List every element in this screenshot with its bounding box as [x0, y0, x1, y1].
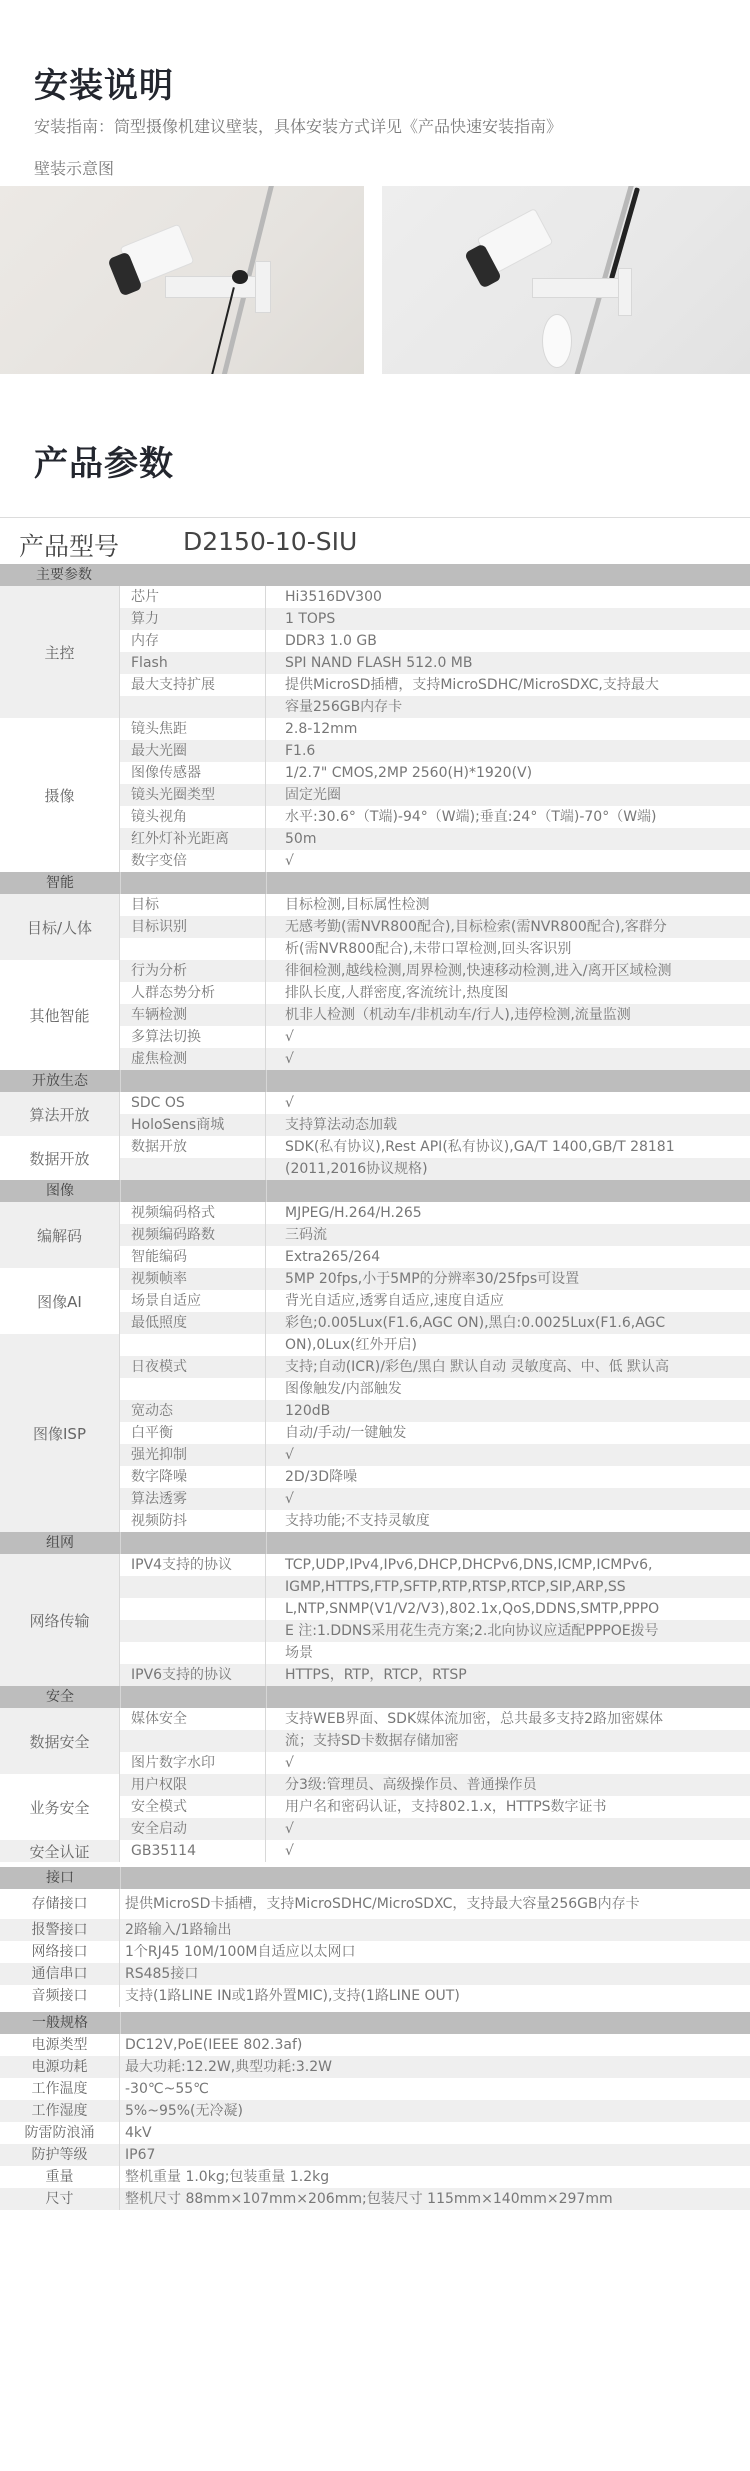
spec-label: 镜头焦距	[120, 718, 266, 740]
spec-group: 图像ISPON),0Lux(红外开启)日夜模式支持;自动(ICR)/彩色/黑白 …	[0, 1334, 750, 1532]
spec-label: IPV4支持的协议	[120, 1554, 266, 1576]
section-header: 组网	[0, 1532, 750, 1554]
column-separator	[120, 1532, 121, 1554]
spec-row: SDC OS√	[120, 1092, 750, 1114]
spec-value: 5MP 20fps,小于5MP的分辨率30/25fps可设置	[266, 1268, 750, 1290]
model-label: 产品型号	[19, 527, 119, 563]
spec-row: 日夜模式支持;自动(ICR)/彩色/黑白 默认自动 灵敏度高、中、低 默认高	[120, 1356, 750, 1378]
spec-value: 三码流	[266, 1224, 750, 1246]
install-photo-left	[0, 186, 364, 374]
spec-row: L,NTP,SNMP(V1/V2/V3),802.1x,QoS,DDNS,SMT…	[120, 1598, 750, 1620]
model-value: D2150-10-SIU	[183, 527, 357, 556]
group-name: 编解码	[0, 1202, 120, 1268]
spec-label	[120, 1378, 266, 1400]
spec-row: E 注:1.DDNS采用花生壳方案;2.北向协议应适配PPPOE拨号	[120, 1620, 750, 1642]
spec-row: IPV6支持的协议HTTPS，RTP，RTCP，RTSP	[120, 1664, 750, 1686]
spec-row: 防护等级IP67	[0, 2144, 750, 2166]
spec-label: 图像传感器	[120, 762, 266, 784]
spec-row: 虚焦检测√	[120, 1048, 750, 1070]
spec-label: 视频编码格式	[120, 1202, 266, 1224]
spec-value: √	[266, 1840, 750, 1862]
spec-row: 工作温度-30℃~55℃	[0, 2078, 750, 2100]
params-title: 产品参数	[34, 436, 174, 485]
spec-group: 目标/人体目标目标检测,目标属性检测目标识别无感考勤(需NVR800配合),目标…	[0, 894, 750, 960]
section-header-label: 安全	[0, 1686, 120, 1708]
camera-mount-arm	[532, 278, 629, 298]
spec-value: 无感考勤(需NVR800配合),目标检索(需NVR800配合),客群分	[266, 916, 750, 938]
spec-label	[120, 938, 266, 960]
spec-row: 宽动态120dB	[120, 1400, 750, 1422]
spec-row: 音频接口支持(1路LINE IN或1路外置MIC),支持(1路LINE OUT)	[0, 1985, 750, 2007]
group-name: 数据安全	[0, 1708, 120, 1774]
spec-value: √	[266, 850, 750, 872]
spec-value: 1 TOPS	[266, 608, 750, 630]
spec-label	[120, 1730, 266, 1752]
spec-label: SDC OS	[120, 1092, 266, 1114]
section-header: 安全	[0, 1686, 750, 1708]
spec-row: 强光抑制√	[120, 1444, 750, 1466]
spec-value: 50m	[266, 828, 750, 850]
spec-value: DC12V,PoE(IEEE 802.3af)	[120, 2034, 750, 2056]
section-header-label: 开放生态	[0, 1070, 120, 1092]
spec-group: 网络传输IPV4支持的协议TCP,UDP,IPv4,IPv6,DHCP,DHCP…	[0, 1554, 750, 1686]
spec-value: 整机重量 1.0kg;包装重量 1.2kg	[120, 2166, 750, 2188]
spec-label: 多算法切换	[120, 1026, 266, 1048]
spec-value: 徘徊检测,越线检测,周界检测,快速移动检测,进入/离开区域检测	[266, 960, 750, 982]
spec-label	[120, 1642, 266, 1664]
spec-row: 图片数字水印√	[120, 1752, 750, 1774]
spec-value: 固定光圈	[266, 784, 750, 806]
spec-group: 算法开放SDC OS√HoloSens商城支持算法动态加载	[0, 1092, 750, 1136]
spec-group: 摄像镜头焦距2.8-12mm最大光圈F1.6图像传感器1/2.7" CMOS,2…	[0, 718, 750, 872]
spec-row: 媒体安全支持WEB界面、SDK媒体流加密，总共最多支持2路加密媒体	[120, 1708, 750, 1730]
spec-label: 数字变倍	[120, 850, 266, 872]
spec-label: 行为分析	[120, 960, 266, 982]
spec-row: 用户权限分3级:管理员、高级操作员、普通操作员	[120, 1774, 750, 1796]
spec-row: 通信串口RS485接口	[0, 1963, 750, 1985]
spec-row: ON),0Lux(红外开启)	[120, 1334, 750, 1356]
group-name: 摄像	[0, 718, 120, 872]
spec-label	[120, 1334, 266, 1356]
spec-label: 芯片	[120, 586, 266, 608]
spec-label: 强光抑制	[120, 1444, 266, 1466]
spec-value: √	[266, 1026, 750, 1048]
spec-value: 提供MicroSD插槽，支持MicroSDHC/MicroSDXC,支持最大	[266, 674, 750, 696]
spec-label: 视频编码路数	[120, 1224, 266, 1246]
section-header-label: 智能	[0, 872, 120, 894]
spec-label: 数字降噪	[120, 1466, 266, 1488]
spec-group: 数据开放数据开放SDK(私有协议),Rest API(私有协议),GA/T 14…	[0, 1136, 750, 1180]
spec-value: 1/2.7" CMOS,2MP 2560(H)*1920(V)	[266, 762, 750, 784]
spec-label: 网络接口	[0, 1941, 120, 1963]
spec-row: 电源功耗最大功耗:12.2W,典型功耗:3.2W	[0, 2056, 750, 2078]
spec-value: 流；支持SD卡数据存储加密	[266, 1730, 750, 1752]
spec-value: 4kV	[120, 2122, 750, 2144]
spec-row: 内存DDR3 1.0 GB	[120, 630, 750, 652]
spec-label: 重量	[0, 2166, 120, 2188]
section-header: 智能	[0, 872, 750, 894]
spec-label: 红外灯补光距离	[120, 828, 266, 850]
spec-label: 工作湿度	[0, 2100, 120, 2122]
spec-group: 业务安全用户权限分3级:管理员、高级操作员、普通操作员安全模式用户名和密码认证，…	[0, 1774, 750, 1840]
spec-label: GB35114	[120, 1840, 266, 1862]
spec-row: 图像触发/内部触发	[120, 1378, 750, 1400]
spec-value: 整机尺寸 88mm×107mm×206mm;包装尺寸 115mm×140mm×2…	[120, 2188, 750, 2210]
group-name: 业务安全	[0, 1774, 120, 1840]
spec-row: 目标目标检测,目标属性检测	[120, 894, 750, 916]
section-header: 开放生态	[0, 1070, 750, 1092]
group-name: 安全认证	[0, 1840, 120, 1862]
spec-row: 行为分析徘徊检测,越线检测,周界检测,快速移动检测,进入/离开区域检测	[120, 960, 750, 982]
spec-row: (2011,2016协议规格)	[120, 1158, 750, 1180]
spec-value: ON),0Lux(红外开启)	[266, 1334, 750, 1356]
section-header-label: 接口	[0, 1867, 120, 1889]
spec-row: 镜头视角水平:30.6°（T端)-94°（W端);垂直:24°（T端)-70°（…	[120, 806, 750, 828]
spec-row: 视频防抖支持功能;不支持灵敏度	[120, 1510, 750, 1532]
spec-label: 电源功耗	[0, 2056, 120, 2078]
spec-row: GB35114√	[120, 1840, 750, 1862]
spec-row: 电源类型DC12V,PoE(IEEE 802.3af)	[0, 2034, 750, 2056]
spec-value: IP67	[120, 2144, 750, 2166]
spec-value: 提供MicroSD卡插槽，支持MicroSDHC/MicroSDXC，支持最大容…	[120, 1889, 750, 1919]
spec-value: TCP,UDP,IPv4,IPv6,DHCP,DHCPv6,DNS,ICMP,I…	[266, 1554, 750, 1576]
spec-row: 视频编码格式MJPEG/H.264/H.265	[120, 1202, 750, 1224]
spec-group: 图像AI视频帧率5MP 20fps,小于5MP的分辨率30/25fps可设置场景…	[0, 1268, 750, 1334]
section-header: 接口	[0, 1867, 750, 1889]
section-header-label: 图像	[0, 1180, 120, 1202]
spec-row: 智能编码Extra265/264	[120, 1246, 750, 1268]
spec-value: √	[266, 1048, 750, 1070]
column-separator	[120, 2012, 121, 2034]
spec-label	[120, 1620, 266, 1642]
spec-row: 容量256GB内存卡	[120, 696, 750, 718]
spec-row: 场景自适应背光自适应,透雾自适应,速度自适应	[120, 1290, 750, 1312]
install-title: 安装说明	[34, 58, 174, 107]
spec-row: 报警接口2路输入/1路输出	[0, 1919, 750, 1941]
spec-label: 防护等级	[0, 2144, 120, 2166]
spec-label	[120, 1576, 266, 1598]
column-separator	[120, 1686, 121, 1708]
spec-value: √	[266, 1818, 750, 1840]
spec-value: Extra265/264	[266, 1246, 750, 1268]
spec-label: 存储接口	[0, 1889, 120, 1919]
spec-value: 机非人检测（机动车/非机动车/行人),违停检测,流量监测	[266, 1004, 750, 1026]
spec-value: 目标检测,目标属性检测	[266, 894, 750, 916]
spec-row: 防雷防浪涌4kV	[0, 2122, 750, 2144]
spec-value: 支持算法动态加载	[266, 1114, 750, 1136]
spec-group: 安全认证GB35114√	[0, 1840, 750, 1862]
spec-row: 算法透雾√	[120, 1488, 750, 1510]
spec-row: 多算法切换√	[120, 1026, 750, 1048]
spec-label: HoloSens商城	[120, 1114, 266, 1136]
general-table: 电源类型DC12V,PoE(IEEE 802.3af)电源功耗最大功耗:12.2…	[0, 2034, 750, 2210]
section-header-label: 组网	[0, 1532, 120, 1554]
section-header: 一般规格	[0, 2012, 750, 2034]
spec-label: 用户权限	[120, 1774, 266, 1796]
spec-row: 镜头光圈类型固定光圈	[120, 784, 750, 806]
spec-row: IGMP,HTTPS,FTP,SFTP,RTP,RTSP,RTCP,SIP,AR…	[120, 1576, 750, 1598]
spec-label: 通信串口	[0, 1963, 120, 1985]
spec-label: 报警接口	[0, 1919, 120, 1941]
spec-label: 宽动态	[120, 1400, 266, 1422]
spec-row: FlashSPI NAND FLASH 512.0 MB	[120, 652, 750, 674]
spec-label: 最低照度	[120, 1312, 266, 1334]
spec-label: 白平衡	[120, 1422, 266, 1444]
spec-value: IGMP,HTTPS,FTP,SFTP,RTP,RTSP,RTCP,SIP,AR…	[266, 1576, 750, 1598]
spec-value: HTTPS，RTP，RTCP，RTSP	[266, 1664, 750, 1686]
spec-value: SDK(私有协议),Rest API(私有协议),GA/T 1400,GB/T …	[266, 1136, 750, 1158]
spec-table: 主要参数主控芯片Hi3516DV300算力 1 TOPS内存DDR3 1.0 G…	[0, 564, 750, 2210]
spec-value: -30℃~55℃	[120, 2078, 750, 2100]
spec-value: 最大功耗:12.2W,典型功耗:3.2W	[120, 2056, 750, 2078]
spec-value: 支持;自动(ICR)/彩色/黑白 默认自动 灵敏度高、中、低 默认高	[266, 1356, 750, 1378]
spec-label: 镜头视角	[120, 806, 266, 828]
spec-row: 视频帧率5MP 20fps,小于5MP的分辨率30/25fps可设置	[120, 1268, 750, 1290]
spec-label: 防雷防浪涌	[0, 2122, 120, 2144]
spec-label: 安全启动	[120, 1818, 266, 1840]
spec-row: 工作湿度5%~95%(无冷凝)	[0, 2100, 750, 2122]
spec-value: SPI NAND FLASH 512.0 MB	[266, 652, 750, 674]
section-header-label: 一般规格	[0, 2012, 120, 2034]
spec-label: IPV6支持的协议	[120, 1664, 266, 1686]
spec-value: 排队长度,人群密度,客流统计,热度图	[266, 982, 750, 1004]
spec-value: DDR3 1.0 GB	[266, 630, 750, 652]
spec-value: √	[266, 1092, 750, 1114]
spec-row: 安全启动√	[120, 1818, 750, 1840]
spec-value: 容量256GB内存卡	[266, 696, 750, 718]
spec-label	[120, 1158, 266, 1180]
spec-label: 智能编码	[120, 1246, 266, 1268]
spec-label: 安全模式	[120, 1796, 266, 1818]
spec-row: 图像传感器1/2.7" CMOS,2MP 2560(H)*1920(V)	[120, 762, 750, 784]
spec-row: 网络接口1个RJ45 10M/100M自适应以太网口	[0, 1941, 750, 1963]
spec-row: 算力 1 TOPS	[120, 608, 750, 630]
spec-value: 自动/手动/一键触发	[266, 1422, 750, 1444]
spec-value: 120dB	[266, 1400, 750, 1422]
spec-value: 背光自适应,透雾自适应,速度自适应	[266, 1290, 750, 1312]
group-name: 主控	[0, 586, 120, 718]
spec-label	[120, 1598, 266, 1620]
spec-value: 分3级:管理员、高级操作员、普通操作员	[266, 1774, 750, 1796]
spec-label: 视频防抖	[120, 1510, 266, 1532]
spec-label: 音频接口	[0, 1985, 120, 2007]
photo-caption: 壁装示意图	[34, 156, 114, 179]
spec-label: 算法透雾	[120, 1488, 266, 1510]
spec-row: 人群态势分析排队长度,人群密度,客流统计,热度图	[120, 982, 750, 1004]
spec-value: 彩色;0.005Lux(F1.6,AGC ON),黑白:0.0025Lux(F1…	[266, 1312, 750, 1334]
spec-label: 视频帧率	[120, 1268, 266, 1290]
spec-row: 数字降噪2D/3D降噪	[120, 1466, 750, 1488]
spec-row: 数字变倍√	[120, 850, 750, 872]
spec-value: 2路输入/1路输出	[120, 1919, 750, 1941]
install-photo-right	[382, 186, 750, 374]
group-name: 图像AI	[0, 1268, 120, 1334]
spec-row: HoloSens商城支持算法动态加载	[120, 1114, 750, 1136]
column-separator	[266, 1686, 267, 1708]
spec-value: 场景	[266, 1642, 750, 1664]
spec-row: 最低照度彩色;0.005Lux(F1.6,AGC ON),黑白:0.0025Lu…	[120, 1312, 750, 1334]
column-separator	[266, 1532, 267, 1554]
spec-label: 媒体安全	[120, 1708, 266, 1730]
section-header: 主要参数	[0, 564, 750, 586]
spec-label: 内存	[120, 630, 266, 652]
spec-value: RS485接口	[120, 1963, 750, 1985]
spec-group: 主控芯片Hi3516DV300算力 1 TOPS内存DDR3 1.0 GBFla…	[0, 586, 750, 718]
group-name: 图像ISP	[0, 1334, 120, 1532]
spec-row: 重量整机重量 1.0kg;包装重量 1.2kg	[0, 2166, 750, 2188]
spec-value: √	[266, 1444, 750, 1466]
spec-value: 2.8-12mm	[266, 718, 750, 740]
spec-value: 支持WEB界面、SDK媒体流加密，总共最多支持2路加密媒体	[266, 1708, 750, 1730]
spec-group: 数据安全媒体安全支持WEB界面、SDK媒体流加密，总共最多支持2路加密媒体流；支…	[0, 1708, 750, 1774]
spec-label: Flash	[120, 652, 266, 674]
group-name: 数据开放	[0, 1136, 120, 1180]
column-separator	[120, 1070, 121, 1092]
spec-value: MJPEG/H.264/H.265	[266, 1202, 750, 1224]
spec-label: 目标	[120, 894, 266, 916]
spec-value: 2D/3D降噪	[266, 1466, 750, 1488]
spec-row: 最大光圈F1.6	[120, 740, 750, 762]
section-header-label: 主要参数	[36, 564, 92, 586]
spec-label: 车辆检测	[120, 1004, 266, 1026]
spec-label: 日夜模式	[120, 1356, 266, 1378]
group-name: 算法开放	[0, 1092, 120, 1136]
spec-row: 场景	[120, 1642, 750, 1664]
spec-label: 尺寸	[0, 2188, 120, 2210]
spec-label: 场景自适应	[120, 1290, 266, 1312]
interface-table: 存储接口提供MicroSD卡插槽，支持MicroSDHC/MicroSDXC，支…	[0, 1889, 750, 2007]
section-header: 图像	[0, 1180, 750, 1202]
spec-value: 1个RJ45 10M/100M自适应以太网口	[120, 1941, 750, 1963]
spec-value: 支持(1路LINE IN或1路外置MIC),支持(1路LINE OUT)	[120, 1985, 750, 2007]
spec-label: 算力	[120, 608, 266, 630]
column-separator	[120, 872, 121, 894]
column-separator	[266, 1070, 267, 1092]
spec-value: F1.6	[266, 740, 750, 762]
spec-label: 目标识别	[120, 916, 266, 938]
spec-value: 水平:30.6°（T端)-94°（W端);垂直:24°（T端)-70°（W端)	[266, 806, 750, 828]
spec-value: Hi3516DV300	[266, 586, 750, 608]
spec-row: IPV4支持的协议TCP,UDP,IPv4,IPv6,DHCP,DHCPv6,D…	[120, 1554, 750, 1576]
spec-row: 析(需NVR800配合),未带口罩检测,回头客识别	[120, 938, 750, 960]
column-separator	[266, 872, 267, 894]
spec-label: 最大支持扩展	[120, 674, 266, 696]
column-separator	[120, 1867, 121, 1889]
spec-label: 电源类型	[0, 2034, 120, 2056]
spec-label: 工作温度	[0, 2078, 120, 2100]
spec-row: 数据开放SDK(私有协议),Rest API(私有协议),GA/T 1400,G…	[120, 1136, 750, 1158]
spec-row: 车辆检测机非人检测（机动车/非机动车/行人),违停检测,流量监测	[120, 1004, 750, 1026]
column-separator	[266, 1180, 267, 1202]
camera-mount-arm	[165, 276, 267, 298]
spec-value: √	[266, 1752, 750, 1774]
spec-row: 视频编码路数三码流	[120, 1224, 750, 1246]
spec-value: 支持功能;不支持灵敏度	[266, 1510, 750, 1532]
spec-row: 白平衡自动/手动/一键触发	[120, 1422, 750, 1444]
spec-value: 用户名和密码认证，支持802.1.x，HTTPS数字证书	[266, 1796, 750, 1818]
spec-value: E 注:1.DDNS采用花生壳方案;2.北向协议应适配PPPOE拨号	[266, 1620, 750, 1642]
group-name: 目标/人体	[0, 894, 120, 960]
spec-value: √	[266, 1488, 750, 1510]
spec-row: 尺寸整机尺寸 88mm×107mm×206mm;包装尺寸 115mm×140mm…	[0, 2188, 750, 2210]
spec-label: 镜头光圈类型	[120, 784, 266, 806]
spec-row: 红外灯补光距离50m	[120, 828, 750, 850]
spec-group: 其他智能行为分析徘徊检测,越线检测,周界检测,快速移动检测,进入/离开区域检测人…	[0, 960, 750, 1070]
spec-label: 人群态势分析	[120, 982, 266, 1004]
install-guide-text: 安装指南：筒型摄像机建议壁装，具体安装方式详见《产品快速安装指南》	[34, 114, 562, 137]
product-model-row: 产品型号 D2150-10-SIU	[0, 518, 750, 563]
spec-row: 最大支持扩展提供MicroSD插槽，支持MicroSDHC/MicroSDXC,…	[120, 674, 750, 696]
spec-row: 安全模式用户名和密码认证，支持802.1.x，HTTPS数字证书	[120, 1796, 750, 1818]
spec-label: 最大光圈	[120, 740, 266, 762]
spec-value: 5%~95%(无冷凝)	[120, 2100, 750, 2122]
spec-value: (2011,2016协议规格)	[266, 1158, 750, 1180]
spec-group: 编解码视频编码格式MJPEG/H.264/H.265视频编码路数三码流智能编码E…	[0, 1202, 750, 1268]
spec-value: L,NTP,SNMP(V1/V2/V3),802.1x,QoS,DDNS,SMT…	[266, 1598, 750, 1620]
spec-row: 流；支持SD卡数据存储加密	[120, 1730, 750, 1752]
spec-row: 镜头焦距2.8-12mm	[120, 718, 750, 740]
group-name: 网络传输	[0, 1554, 120, 1686]
spec-label	[120, 696, 266, 718]
column-separator	[120, 1180, 121, 1202]
spec-label: 数据开放	[120, 1136, 266, 1158]
spec-value: 析(需NVR800配合),未带口罩检测,回头客识别	[266, 938, 750, 960]
spec-row: 芯片Hi3516DV300	[120, 586, 750, 608]
spec-label: 图片数字水印	[120, 1752, 266, 1774]
spec-value: 图像触发/内部触发	[266, 1378, 750, 1400]
group-name: 其他智能	[0, 960, 120, 1070]
spec-label: 虚焦检测	[120, 1048, 266, 1070]
spec-row: 存储接口提供MicroSD卡插槽，支持MicroSDHC/MicroSDXC，支…	[0, 1889, 750, 1919]
spec-row: 目标识别无感考勤(需NVR800配合),目标检索(需NVR800配合),客群分	[120, 916, 750, 938]
